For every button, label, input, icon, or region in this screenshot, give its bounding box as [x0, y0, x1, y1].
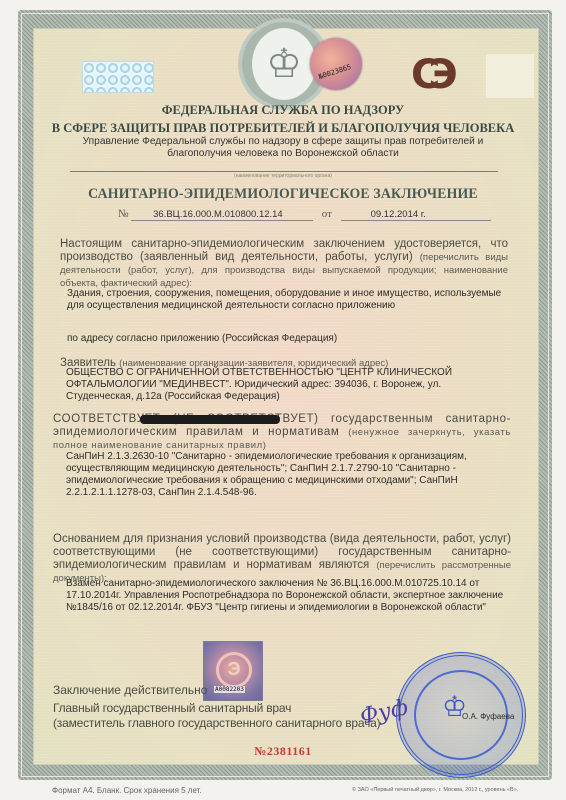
se-hologram-icon: Э	[216, 652, 252, 688]
hologram-number: №0023865	[318, 63, 353, 81]
serial-number: №2381161	[0, 744, 566, 759]
compliance-value: СанПиН 2.1.3.2630-10 "Санитарно - эпидем…	[66, 451, 511, 499]
agency-name-line1: ФЕДЕРАЛЬНАЯ СЛУЖБА ПО НАДЗОРУ	[0, 103, 566, 118]
divider	[70, 171, 498, 172]
document-date: 09.12.2014 г.	[341, 209, 491, 221]
document-title: САНИТАРНО-ЭПИДЕМИОЛОГИЧЕСКОЕ ЗАКЛЮЧЕНИЕ	[23, 186, 544, 203]
document-number: 36.ВЦ.16.000.М.010800.12.14	[131, 209, 313, 221]
activity-section: Настоящим санитарно-эпидемиологическим з…	[60, 238, 508, 290]
signatory-title-line2: (заместитель главного государственного с…	[53, 716, 380, 730]
hologram-seal: №0023865	[310, 38, 362, 90]
strikethrough-redaction	[140, 415, 280, 424]
document-number-row: № 36.ВЦ.16.000.М.010800.12.14 от 09.12.2…	[118, 208, 491, 221]
signatory-title-line1: Главный государственный санитарный врач	[53, 701, 291, 715]
applicant-value: ОБЩЕСТВО С ОГРАНИЧЕННОЙ ОТВЕТСТВЕННОСТЬЮ…	[66, 367, 511, 403]
activity-value: Здания, строения, сооружения, помещения,…	[67, 288, 507, 312]
activity-address: по адресу согласно приложению (Российска…	[67, 333, 337, 345]
territorial-caption: (наименование территориального органа)	[0, 173, 566, 179]
double-headed-eagle-icon: ♔	[252, 28, 316, 100]
number-label: №	[118, 208, 129, 220]
validity-hologram-number: А0082203	[214, 686, 245, 693]
se-logo-icon: СЭ	[411, 55, 446, 95]
territorial-body: Управление Федеральной службы по надзору…	[60, 136, 506, 160]
validity-label: Заключение действительно	[53, 683, 207, 697]
validity-hologram: Э А0082203	[203, 641, 263, 701]
blank-area	[486, 54, 534, 98]
signer-name: О.А. Фуфаева	[462, 712, 514, 721]
agency-name-line2: В СФЕРЕ ЗАЩИТЫ ПРАВ ПОТРЕБИТЕЛЕЙ И БЛАГО…	[0, 121, 566, 136]
basis-value: Взамен санитарно-эпидемиологического зак…	[66, 578, 514, 614]
footer-format-note: Формат А4. Бланк. Срок хранения 5 лет.	[52, 786, 202, 795]
security-hologram-strip	[82, 61, 154, 93]
compliance-section: СООТВЕТСТВУЕТ (НЕ СООТВЕТСТВУЕТ) государ…	[53, 413, 511, 452]
date-label: от	[322, 208, 332, 220]
footer-printer-note: © ЗАО «Первый печатный двор», г. Москва,…	[352, 787, 518, 793]
